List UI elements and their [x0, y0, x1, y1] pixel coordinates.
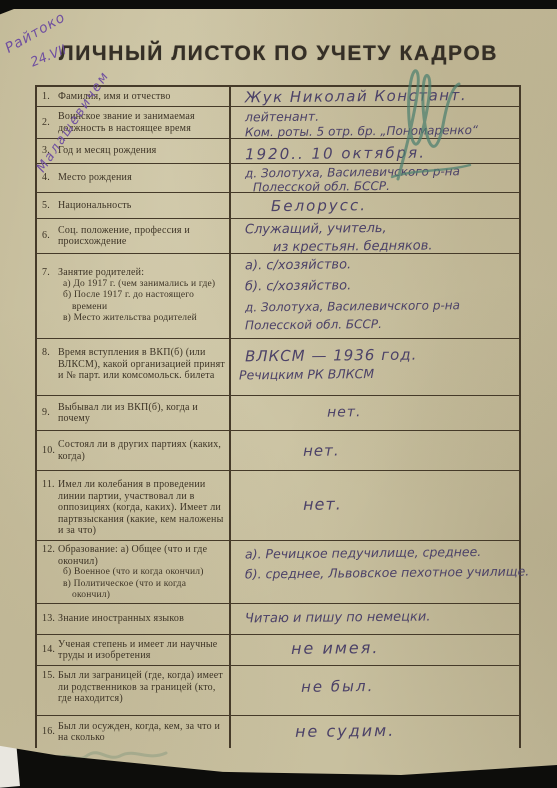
- ink-scribble: [386, 57, 478, 189]
- field-label-cell: 15. Был ли заграницей (где, когда) имеет…: [37, 666, 231, 715]
- field-value-handwritten: а). с/хозяйство.б). с/хозяйство.д. Золот…: [231, 254, 519, 338]
- table-row: 16. Был ли осужден, когда, кем, за что и…: [37, 716, 519, 748]
- handwritten-entry: ВЛКСМ — 1936 год.: [245, 339, 517, 367]
- field-number: 15.: [42, 670, 58, 682]
- field-label: Место рождения: [58, 172, 226, 184]
- field-number: 13.: [42, 613, 58, 625]
- field-number: 7.: [42, 267, 58, 279]
- field-number: 5.: [42, 200, 58, 212]
- field-value-handwritten: нет.: [231, 431, 519, 470]
- field-label-cell: 4. Место рождения: [37, 164, 231, 192]
- field-label: Состоял ли в других партиях (каких, когд…: [58, 439, 226, 462]
- field-label-text: Ученая степень и имеет ли научные труды …: [58, 639, 226, 662]
- handwritten-entry: не имея.: [245, 635, 517, 661]
- handwritten-entry: Служащий, учитель,: [245, 219, 517, 239]
- field-label: Время вступления в ВКП(б) (или ВЛКСМ), к…: [58, 347, 226, 382]
- handwritten-entry: Читаю и пишу по немецки.: [245, 604, 517, 629]
- field-number: 14.: [42, 644, 58, 656]
- scan-background: ЛИЧНЫЙ ЛИСТОК ПО УЧЕТУ КАДРОВ Райтоко 24…: [0, 0, 557, 788]
- field-label-cell: 9. Выбывал ли из ВКП(б), когда и почему: [37, 396, 231, 430]
- handwritten-entry: не судим.: [245, 716, 517, 744]
- field-number: 9.: [42, 407, 58, 419]
- field-label-text: Состоял ли в других партиях (каких, когд…: [58, 439, 226, 462]
- handwritten-entry: не был.: [245, 666, 517, 698]
- table-row: 15. Был ли заграницей (где, когда) имеет…: [37, 666, 519, 716]
- field-label-cell: 1. Фамилия, имя и отчество: [37, 87, 231, 106]
- field-number: 2.: [42, 117, 58, 129]
- field-value-handwritten: нет.: [231, 471, 519, 540]
- field-number: 8.: [42, 347, 58, 359]
- field-label-text: Знание иностранных языков: [58, 613, 226, 625]
- field-label: Национальность: [58, 200, 226, 212]
- field-number: 6.: [42, 230, 58, 242]
- field-value-handwritten: Служащий, учитель,из крестьян. бедняков.: [231, 219, 519, 253]
- field-label: Имел ли колебания в проведении линии пар…: [58, 479, 226, 537]
- field-label-cell: 13. Знание иностранных языков: [37, 604, 231, 634]
- table-row: 13. Знание иностранных языков Читаю и пи…: [37, 604, 519, 635]
- faint-scribble: [52, 745, 172, 769]
- table-row: 12. Образование: а) Общее (что и где око…: [37, 541, 519, 604]
- table-row: 7. Занятие родителей:а) До 1917 г. (чем …: [37, 254, 519, 339]
- table-row: 10. Состоял ли в других партиях (каких, …: [37, 431, 519, 471]
- field-label: Образование: а) Общее (что и где окончил…: [58, 544, 226, 602]
- field-label-cell: 8. Время вступления в ВКП(б) (или ВЛКСМ)…: [37, 339, 231, 395]
- field-label: Был ли заграницей (где, когда) имеет ли …: [58, 670, 226, 705]
- field-label-text: в) Место жительства родителей: [63, 313, 226, 325]
- handwritten-entry: нет.: [245, 431, 517, 462]
- field-value-handwritten: Белорусс.: [231, 193, 519, 218]
- field-label-cell: 10. Состоял ли в других партиях (каких, …: [37, 431, 231, 470]
- field-label-text: в) Политическое (что и когда окончил): [63, 579, 226, 602]
- field-label-cell: 11. Имел ли колебания в проведении линии…: [37, 471, 231, 540]
- field-label-text: Год и месяц рождения: [58, 145, 226, 157]
- field-label-cell: 16. Был ли осужден, когда, кем, за что и…: [37, 716, 231, 748]
- handwritten-entry: Полесской обл. БССР.: [245, 313, 517, 334]
- field-label-text: Соц. положение, профессия и происхождени…: [58, 225, 226, 248]
- table-row: 9. Выбывал ли из ВКП(б), когда и почему …: [37, 396, 519, 431]
- document-page: ЛИЧНЫЙ ЛИСТОК ПО УЧЕТУ КАДРОВ Райтоко 24…: [0, 9, 557, 775]
- field-label-text: Национальность: [58, 200, 226, 212]
- field-label-cell: 6. Соц. положение, профессия и происхожд…: [37, 219, 231, 253]
- field-number: 11.: [42, 479, 58, 491]
- field-number: 10.: [42, 445, 58, 457]
- field-number: 16.: [42, 726, 58, 738]
- field-number: 12.: [42, 544, 58, 556]
- field-value-handwritten: нет.: [231, 396, 519, 430]
- field-label-text: а) До 1917 г. (чем занимались и где): [63, 279, 226, 291]
- field-label: Был ли осужден, когда, кем, за что и на …: [58, 721, 226, 744]
- field-label-text: Место рождения: [58, 172, 226, 184]
- table-row: 5. Национальность Белорусс.: [37, 193, 519, 219]
- field-value-handwritten: а). Речицкое педучилище, среднее.б). сре…: [231, 541, 531, 603]
- field-label: Выбывал ли из ВКП(б), когда и почему: [58, 402, 226, 425]
- field-label-text: Имел ли колебания в проведении линии пар…: [58, 479, 226, 537]
- table-row: 8. Время вступления в ВКП(б) (или ВЛКСМ)…: [37, 339, 519, 396]
- field-label-cell: 7. Занятие родителей:а) До 1917 г. (чем …: [37, 254, 231, 338]
- field-label: Занятие родителей:а) До 1917 г. (чем зан…: [58, 267, 226, 325]
- field-label-cell: 5. Национальность: [37, 193, 231, 218]
- field-number: 1.: [42, 91, 58, 103]
- field-label: Знание иностранных языков: [58, 613, 226, 625]
- field-label-text: Выбывал ли из ВКП(б), когда и почему: [58, 402, 226, 425]
- field-label-text: Время вступления в ВКП(б) (или ВЛКСМ), к…: [58, 347, 226, 382]
- handwritten-entry: б). среднее, Львовское пехотное училище.: [245, 561, 529, 584]
- field-value-handwritten: не имея.: [231, 635, 519, 665]
- field-value-handwritten: не судим.: [231, 716, 519, 748]
- field-label-text: Был ли осужден, когда, кем, за что и на …: [58, 721, 226, 744]
- handwritten-entry: нет.: [245, 396, 517, 423]
- handwritten-entry: а). с/хозяйство.: [245, 254, 517, 278]
- field-label-text: Занятие родителей:: [58, 267, 226, 279]
- field-label-cell: 14. Ученая степень и имеет ли научные тр…: [37, 635, 231, 665]
- field-value-handwritten: ВЛКСМ — 1936 год.Речицким РК ВЛКСМ: [231, 339, 519, 395]
- field-label: Год и месяц рождения: [58, 145, 226, 157]
- field-label-cell: 12. Образование: а) Общее (что и где око…: [37, 541, 231, 603]
- field-label-text: Был ли заграницей (где, когда) имеет ли …: [58, 670, 226, 705]
- handwritten-entry: д. Золотуха, Василевичского р-на: [245, 295, 517, 316]
- table-row: 6. Соц. положение, профессия и происхожд…: [37, 219, 519, 254]
- table-row: 14. Ученая степень и имеет ли научные тр…: [37, 635, 519, 666]
- table-row: 11. Имел ли колебания в проведении линии…: [37, 471, 519, 541]
- field-value-handwritten: Читаю и пишу по немецки.: [231, 604, 519, 634]
- field-value-handwritten: не был.: [231, 666, 519, 715]
- handwritten-entry: Речицким РК ВЛКСМ: [239, 364, 517, 383]
- field-label-text: Образование: а) Общее (что и где окончил…: [58, 544, 226, 567]
- handwritten-entry: Белорусс.: [245, 193, 517, 217]
- field-label-text: б) После 1917 г. до настоящего времени: [63, 290, 226, 313]
- handwritten-entry: нет.: [245, 471, 517, 517]
- field-label-text: б) Военное (что и когда окончил): [63, 567, 226, 579]
- handwritten-entry: б). с/хозяйство.: [245, 274, 517, 298]
- field-label: Соц. положение, профессия и происхождени…: [58, 225, 226, 248]
- field-label: Ученая степень и имеет ли научные труды …: [58, 639, 226, 662]
